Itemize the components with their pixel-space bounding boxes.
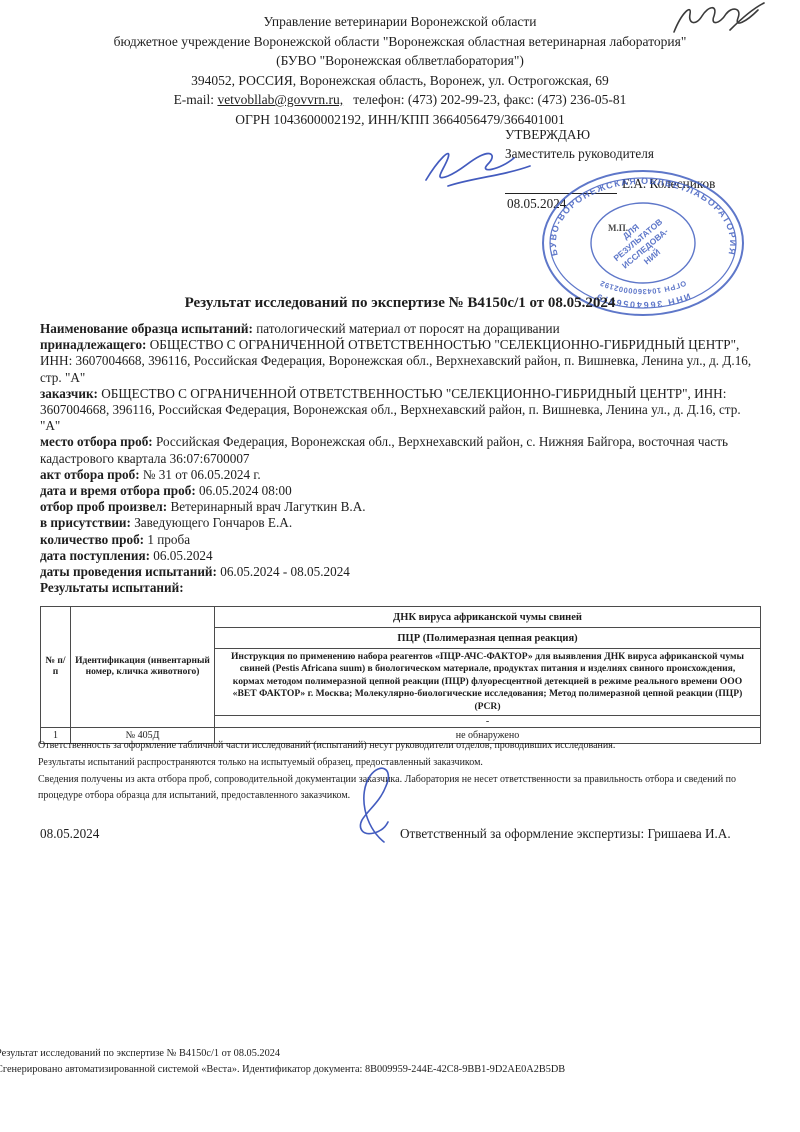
field-test-dates: даты проведения испытаний: 06.05.2024 - … [40, 564, 764, 580]
method-group-cell: ПЦР (Полимеразная цепная реакция) [215, 628, 761, 649]
signoff-date: 08.05.2024 [40, 826, 99, 842]
org-name-line: Управление ветеринарии Воронежской облас… [30, 12, 770, 32]
approval-position: Заместитель руководителя [505, 145, 785, 164]
field-sample-name: Наименование образца испытаний: патологи… [40, 321, 764, 337]
test-name-cell: ДНК вируса африканской чумы свиней [215, 607, 761, 628]
footer-expertise-line: Результат исследований по экспертизе № В… [0, 1046, 776, 1062]
org-fullname-line: бюджетное учреждение Воронежской области… [30, 32, 770, 52]
org-contacts-line: E-mail: vetvobllab@govvrn.ru, телефон: (… [30, 90, 770, 110]
col-header-num: № п/п [41, 607, 71, 728]
field-receipt-date: дата поступления: 06.05.2024 [40, 548, 764, 564]
email-label: E-mail: [174, 92, 215, 107]
dash-cell: - [215, 716, 761, 728]
handwritten-initials [668, 0, 768, 42]
expert-signature [348, 762, 408, 847]
footnote-1: Ответственность за оформление табличной … [38, 738, 764, 754]
field-sampled-by: отбор проб произвел: Ветеринарный врач Л… [40, 499, 764, 515]
field-sampling-act: акт отбора проб: № 31 от 06.05.2024 г. [40, 467, 764, 483]
org-address-line: 394052, РОССИЯ, Воронежская область, Вор… [30, 71, 770, 91]
stamp-center-text: ДЛЯ РЕЗУЛЬТАТОВ ИССЛЕДОВА- НИЙ [604, 208, 678, 280]
col-header-identification: Идентификация (инвентарный номер, кличка… [71, 607, 215, 728]
field-results-heading: Результаты испытаний: [40, 580, 764, 596]
phone-fax: телефон: (473) 202-99-23, факс: (473) 23… [353, 92, 626, 107]
mp-mark: М.П. [608, 223, 628, 233]
org-shortname-line: (БУВО "Воронежская облветлаборатория") [30, 51, 770, 71]
results-table: № п/п Идентификация (инвентарный номер, … [40, 606, 761, 744]
footer-generated-line: Сгенерировано автоматизированной системо… [0, 1062, 776, 1078]
field-sampling-place: место отбора проб: Российская Федерация,… [40, 434, 764, 466]
email-address: vetvobllab@govvrn.ru, [217, 92, 343, 107]
field-witness: в присутствии: Заведующего Гончаров Е.А. [40, 515, 764, 531]
method-detail-cell: Инструкция по применению набора реагенто… [215, 649, 761, 716]
approval-title: УТВЕРЖДАЮ [505, 126, 785, 145]
field-sampling-datetime: дата и время отбора проб: 06.05.2024 08:… [40, 483, 764, 499]
field-customer: заказчик: ОБЩЕСТВО С ОГРАНИЧЕННОЙ ОТВЕТС… [40, 386, 764, 435]
document-title: Результат исследований по экспертизе № В… [0, 295, 800, 312]
sample-info-block: Наименование образца испытаний: патологи… [40, 321, 764, 596]
responsible-person: Ответственный за оформление экспертизы: … [400, 826, 731, 842]
scanned-document-page: Управление ветеринарии Воронежской облас… [0, 0, 800, 1132]
document-footer: Результат исследований по экспертизе № В… [0, 1046, 776, 1078]
field-owner: принадлежащего: ОБЩЕСТВО С ОГРАНИЧЕННОЙ … [40, 337, 764, 386]
org-header: Управление ветеринарии Воронежской облас… [30, 12, 770, 129]
field-sample-count: количество проб: 1 проба [40, 532, 764, 548]
stamp-ogrn-arc-text: ОГРН 1043600002192 [598, 279, 687, 296]
approval-signature [418, 142, 538, 197]
